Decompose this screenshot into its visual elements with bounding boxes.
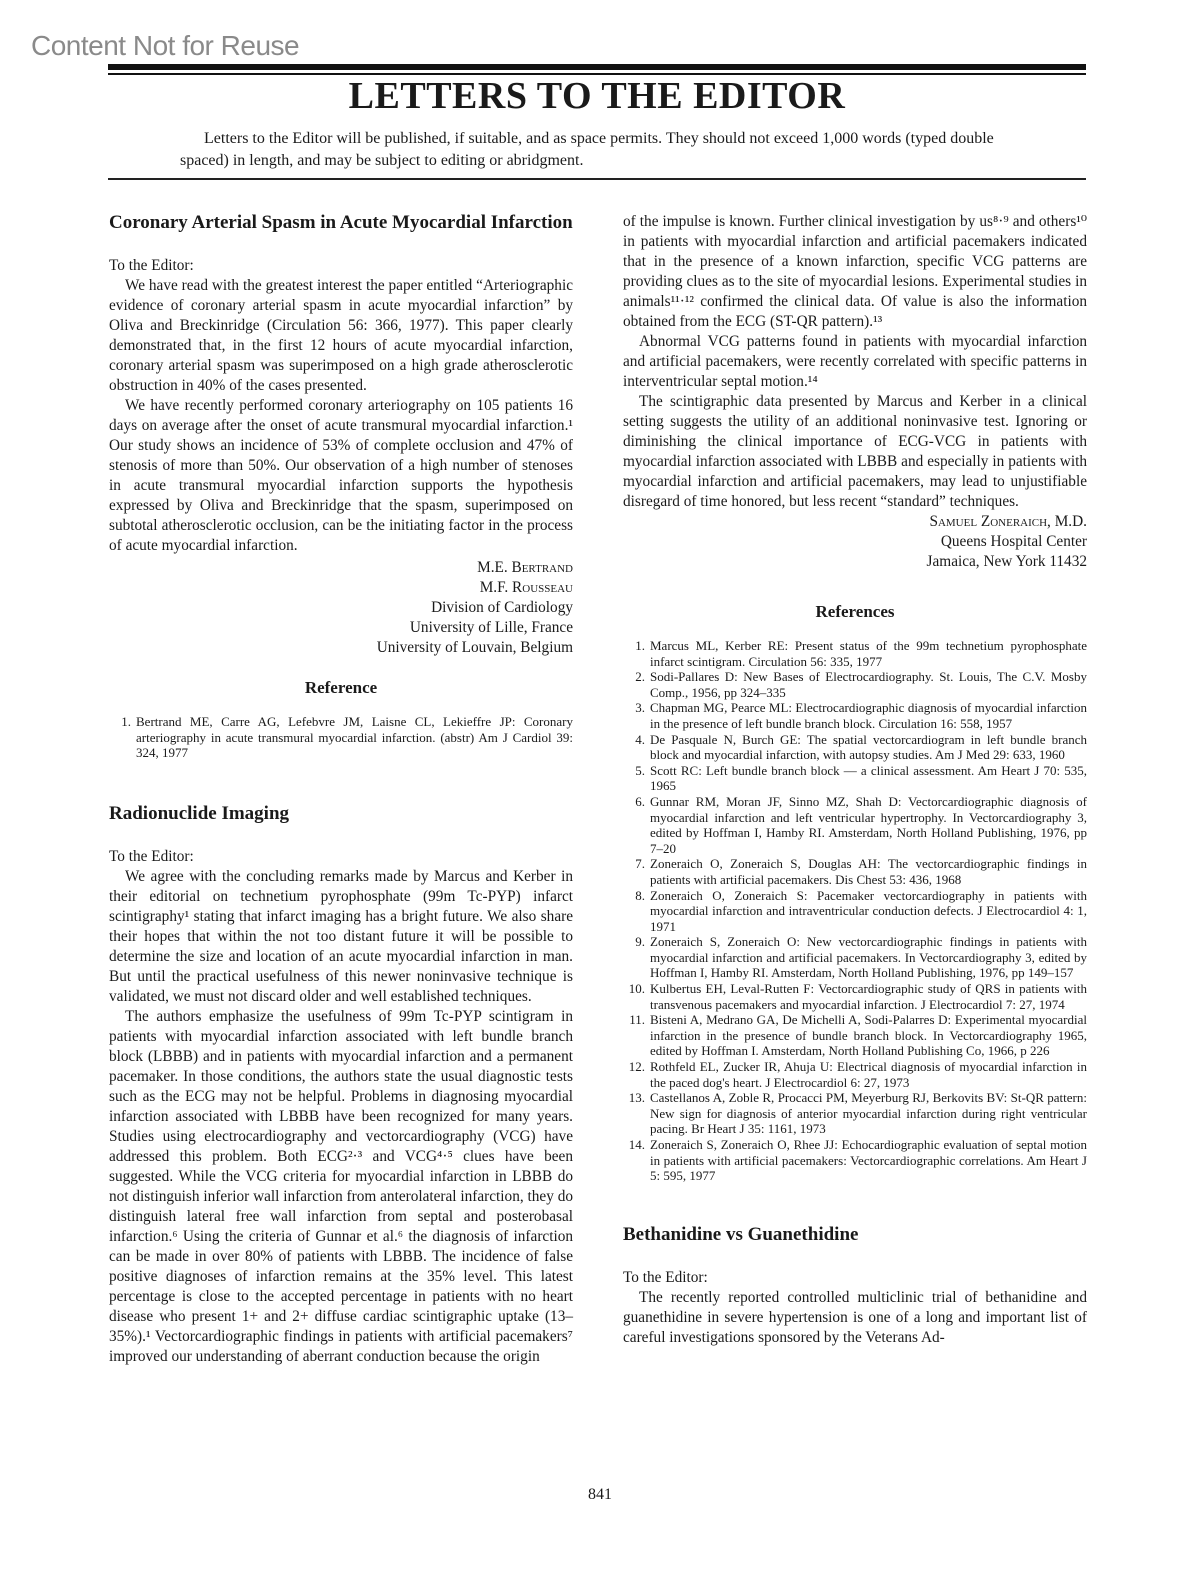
paragraph: Abnormal VCG patterns found in patients …	[623, 332, 1087, 392]
page-title: LETTERS TO THE EDITOR	[108, 74, 1086, 118]
salutation: To the Editor:	[109, 256, 573, 276]
reference-item: 8.Zoneraich O, Zoneraich S: Pacemaker ve…	[623, 888, 1087, 935]
reference-item: 13.Castellanos A, Zoble R, Procacci PM, …	[623, 1090, 1087, 1137]
reference-item: 3.Chapman MG, Pearce ML: Electrocardiogr…	[623, 700, 1087, 731]
header-rule-thick	[108, 64, 1086, 70]
references-heading: Reference	[109, 678, 573, 698]
paragraph: The scintigraphic data presented by Marc…	[623, 392, 1087, 512]
paragraph: We agree with the concluding remarks mad…	[109, 867, 573, 1007]
left-column: Coronary Arterial Spasm in Acute Myocard…	[109, 212, 573, 1367]
paragraph: of the impulse is known. Further clinica…	[623, 212, 1087, 332]
reference-item: 12.Rothfeld EL, Zucker IR, Ahuja U: Elec…	[623, 1059, 1087, 1090]
affiliation: Jamaica, New York 11432	[623, 552, 1087, 572]
page-number: 841	[0, 1486, 1200, 1504]
reference-item: 4.De Pasquale N, Burch GE: The spatial v…	[623, 732, 1087, 763]
salutation: To the Editor:	[623, 1268, 1087, 1288]
intro-note: Letters to the Editor will be published,…	[180, 128, 1030, 172]
paragraph: The recently reported controlled multicl…	[623, 1288, 1087, 1348]
author-name: Samuel Zoneraich, M.D.	[623, 512, 1087, 532]
affiliation: University of Louvain, Belgium	[109, 638, 573, 658]
reference-list: 1.Bertrand ME, Carre AG, Lefebvre JM, La…	[109, 714, 573, 761]
paragraph: We have recently performed coronary arte…	[109, 396, 573, 556]
reference-list: 1.Marcus ML, Kerber RE: Present status o…	[623, 638, 1087, 1184]
reference-item: 6.Gunnar RM, Moran JF, Sinno MZ, Shah D:…	[623, 794, 1087, 856]
author-name: M.F. Rousseau	[109, 578, 573, 598]
salutation: To the Editor:	[109, 847, 573, 867]
letter-title: Bethanidine vs Guanethidine	[623, 1224, 1087, 1246]
reference-item: 10.Kulbertus EH, Leval-Rutten F: Vectorc…	[623, 981, 1087, 1012]
reference-item: 7.Zoneraich O, Zoneraich S, Douglas AH: …	[623, 856, 1087, 887]
right-column: of the impulse is known. Further clinica…	[623, 212, 1087, 1348]
affiliation: Queens Hospital Center	[623, 532, 1087, 552]
reference-item: 5.Scott RC: Left bundle branch block — a…	[623, 763, 1087, 794]
reference-item: 1.Marcus ML, Kerber RE: Present status o…	[623, 638, 1087, 669]
header-rule-bottom	[108, 178, 1086, 180]
paragraph: The authors emphasize the usefulness of …	[109, 1007, 573, 1367]
author-name: M.E. Bertrand	[109, 558, 573, 578]
reference-item: 1.Bertrand ME, Carre AG, Lefebvre JM, La…	[109, 714, 573, 761]
reference-item: 14.Zoneraich S, Zoneraich O, Rhee JJ: Ec…	[623, 1137, 1087, 1184]
letter-title: Coronary Arterial Spasm in Acute Myocard…	[109, 212, 573, 234]
affiliation: University of Lille, France	[109, 618, 573, 638]
references-heading: References	[623, 602, 1087, 622]
affiliation: Division of Cardiology	[109, 598, 573, 618]
letter-title: Radionuclide Imaging	[109, 803, 573, 825]
reference-item: 11.Bisteni A, Medrano GA, De Michelli A,…	[623, 1012, 1087, 1059]
paragraph: We have read with the greatest interest …	[109, 276, 573, 396]
watermark: Content Not for Reuse	[31, 30, 299, 62]
signature-block: Samuel Zoneraich, M.D. Queens Hospital C…	[623, 512, 1087, 572]
reference-item: 9.Zoneraich S, Zoneraich O: New vectorca…	[623, 934, 1087, 981]
signature-block: M.E. Bertrand M.F. Rousseau Division of …	[109, 558, 573, 658]
reference-item: 2.Sodi-Pallares D: New Bases of Electroc…	[623, 669, 1087, 700]
